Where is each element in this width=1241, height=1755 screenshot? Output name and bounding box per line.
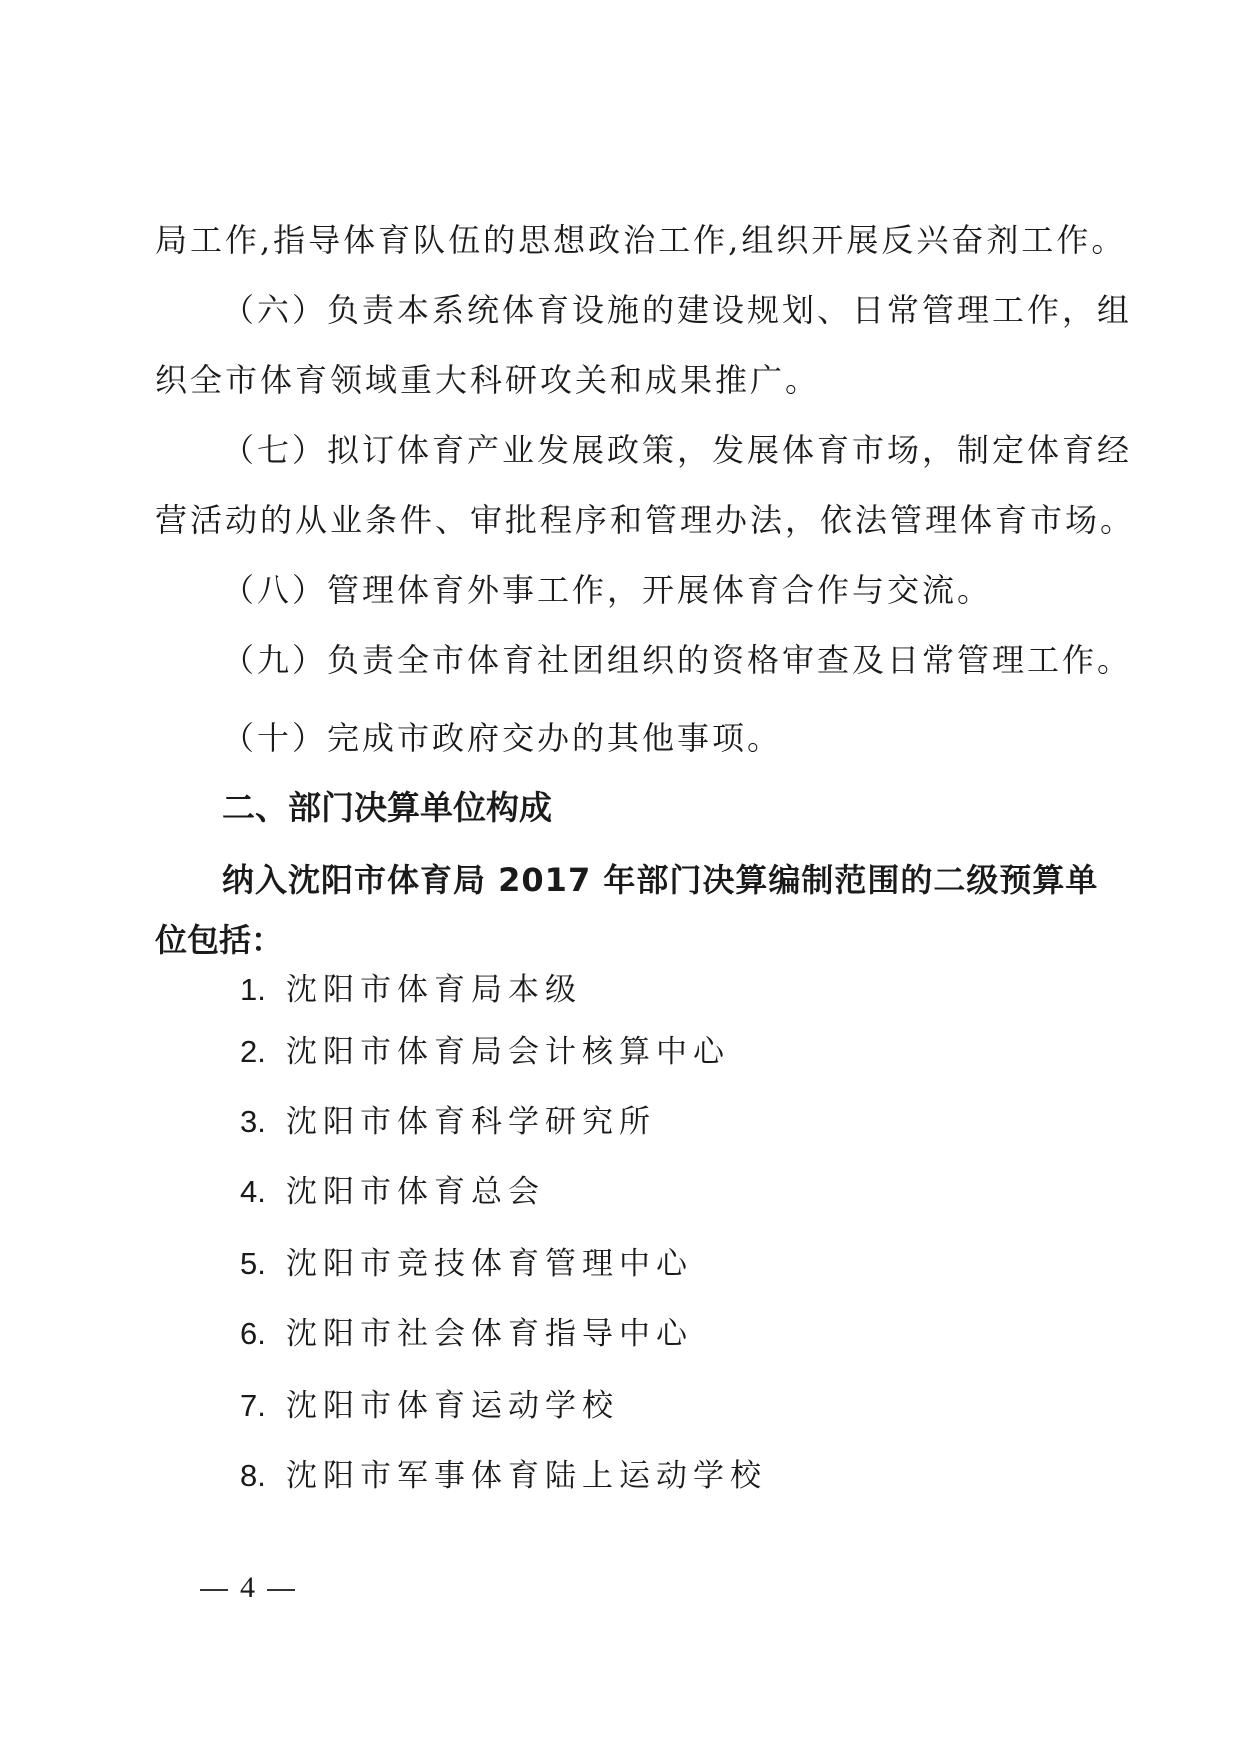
list-item: 7.沈阳市体育运动学校 [240, 1386, 619, 1426]
list-item: 2.沈阳市体育局会计核算中心 [240, 1032, 730, 1072]
list-item: 3.沈阳市体育科学研究所 [240, 1102, 656, 1142]
list-item-number: 3. [240, 1102, 286, 1142]
list-item-name: 沈阳市体育运动学校 [286, 1388, 619, 1424]
paragraph-continuation: 局工作,指导体育队伍的思想政治工作,组织开展反兴奋剂工作。 [155, 220, 1075, 260]
list-item-number: 4. [240, 1172, 286, 1212]
paragraph-item-7-line1: （七）拟订体育产业发展政策，发展体育市场，制定体育经 [222, 430, 1132, 470]
page-number: 4 [188, 1570, 307, 1606]
list-item-name: 沈阳市体育科学研究所 [286, 1104, 656, 1140]
list-item: 4.沈阳市体育总会 [240, 1172, 545, 1212]
intro-line-1: 纳入沈阳市体育局 2017 年部门决算编制范围的二级预算单 [222, 860, 1098, 900]
list-item-number: 1. [240, 970, 286, 1010]
paragraph-item-7-line2: 营活动的从业条件、审批程序和管理办法，依法管理体育市场。 [155, 500, 1075, 540]
section-heading: 二、部门决算单位构成 [222, 788, 552, 828]
list-item-name: 沈阳市体育局本级 [286, 972, 582, 1008]
paragraph-item-8: （八）管理体育外事工作，开展体育合作与交流。 [222, 570, 992, 610]
list-item-name: 沈阳市社会体育指导中心 [286, 1316, 693, 1352]
list-item: 8.沈阳市军事体育陆上运动学校 [240, 1456, 767, 1496]
paragraph-item-6-line2: 织全市体育领域重大科研攻关和成果推广。 [155, 360, 1075, 400]
paragraph-item-9: （九）负责全市体育社团组织的资格审查及日常管理工作。 [222, 640, 1132, 680]
list-item-name: 沈阳市竞技体育管理中心 [286, 1246, 693, 1282]
list-item-number: 5. [240, 1244, 286, 1284]
list-item-number: 8. [240, 1456, 286, 1496]
list-item-name: 沈阳市体育局会计核算中心 [286, 1034, 730, 1070]
list-item-number: 2. [240, 1032, 286, 1072]
list-item: 1.沈阳市体育局本级 [240, 970, 582, 1010]
list-item-number: 7. [240, 1386, 286, 1426]
paragraph-item-10: （十）完成市政府交办的其他事项。 [222, 718, 782, 758]
intro-line-2: 位包括： [155, 920, 283, 960]
list-item-name: 沈阳市体育总会 [286, 1174, 545, 1210]
paragraph-item-6-line1: （六）负责本系统体育设施的建设规划、日常管理工作，组 [222, 290, 1132, 330]
list-item-name: 沈阳市军事体育陆上运动学校 [286, 1458, 767, 1494]
list-item: 6.沈阳市社会体育指导中心 [240, 1314, 693, 1354]
dash-right [267, 1589, 295, 1591]
dash-left [200, 1589, 228, 1591]
list-item-number: 6. [240, 1314, 286, 1354]
page-number-value: 4 [240, 1571, 255, 1604]
list-item: 5.沈阳市竞技体育管理中心 [240, 1244, 693, 1284]
